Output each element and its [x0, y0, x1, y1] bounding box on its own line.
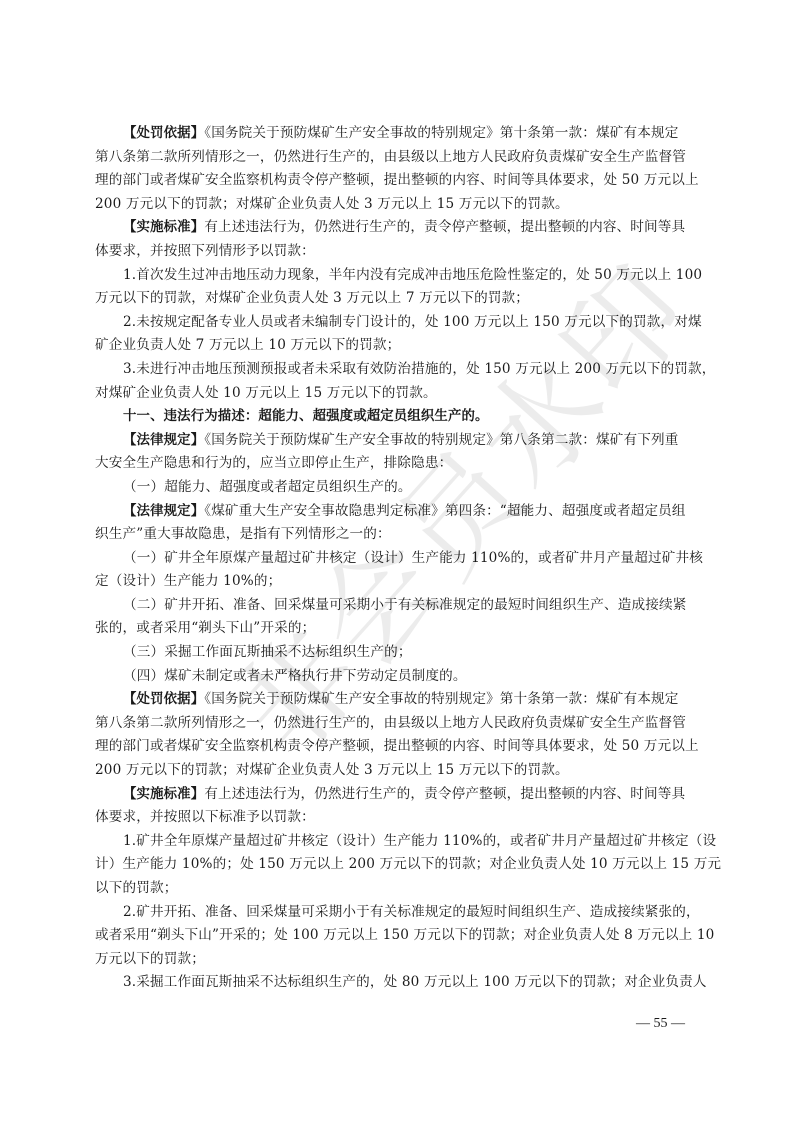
- line-text: 万元以下的罚款，对煤矿企业负责人处 3 万元以上 7 万元以下的罚款；: [95, 290, 529, 306]
- text-line: 体要求，并按照下列情形予以罚款：: [95, 240, 699, 264]
- text-line: 【实施标准】有上述违法行为，仍然进行生产的，责令停产整顿，提出整顿的内容、时间等…: [95, 216, 699, 240]
- text-line: 织生产”重大事故隐患，是指有下列情形之一的：: [95, 523, 699, 547]
- text-line: （二）矿井开拓、准备、回采煤量可采期小于有关标准规定的最短时间组织生产、造成接续…: [95, 594, 699, 618]
- bracket-label: 【处罚依据】: [123, 692, 204, 707]
- text-line: 体要求，并按照以下标准予以罚款：: [95, 806, 699, 830]
- line-text: 体要求，并按照以下标准予以罚款：: [95, 809, 315, 825]
- text-line: 定（设计）生产能力 10%的；: [95, 570, 699, 594]
- text-line: 2.矿井开拓、准备、回采煤量可采期小于有关标准规定的最短时间组织生产、造成接续紧…: [95, 901, 699, 925]
- document-page: 非会员水印 【处罚依据】《国务院关于预防煤矿生产安全事故的特别规定》第十条第一款…: [0, 0, 793, 1122]
- line-text: 《国务院关于预防煤矿生产安全事故的特别规定》第八条第二款：煤矿有下列重: [204, 432, 678, 448]
- line-text: 以下的罚款；: [95, 880, 177, 896]
- text-line: 理的部门或者煤矿安全监察机构责令停产整顿，提出整顿的内容、时间等具体要求，处 5…: [95, 735, 699, 759]
- text-line: 3.未进行冲击地压预测预报或者未采取有效防治措施的，处 150 万元以上 200…: [95, 358, 699, 382]
- line-text: （一）超能力、超强度或者超定员组织生产的。: [123, 479, 412, 495]
- line-text: 2.矿井开拓、准备、回采煤量可采期小于有关标准规定的最短时间组织生产、造成接续紧…: [123, 904, 700, 920]
- heading-text: 十一、违法行为描述：超能力、超强度或超定员组织生产的。: [123, 409, 489, 424]
- text-line: 1.首次发生过冲击地压动力现象，半年内没有完成冲击地压危险性鉴定的，处 50 万…: [95, 264, 699, 288]
- text-line: 【处罚依据】《国务院关于预防煤矿生产安全事故的特别规定》第十条第一款：煤矿有本规…: [95, 688, 699, 712]
- line-text: 理的部门或者煤矿安全监察机构责令停产整顿，提出整顿的内容、时间等具体要求，处 5…: [95, 172, 699, 188]
- line-text: 张的，或者采用“剃头下山”开采的；: [95, 620, 315, 636]
- line-text: （一）矿井全年原煤产量超过矿井核定（设计）生产能力 110%的，或者矿井月产量超…: [123, 550, 703, 566]
- line-text: 有上述违法行为，仍然进行生产的，责令停产整顿，提出整顿的内容、时间等具: [204, 786, 685, 802]
- line-text: 《国务院关于预防煤矿生产安全事故的特别规定》第十条第一款：煤矿有本规定: [204, 691, 678, 707]
- line-text: 《国务院关于预防煤矿生产安全事故的特别规定》第十条第一款：煤矿有本规定: [204, 125, 678, 141]
- line-text: （三）采掘工作面瓦斯抽采不达标组织生产的；: [123, 644, 412, 660]
- text-line: 【处罚依据】《国务院关于预防煤矿生产安全事故的特别规定》第十条第一款：煤矿有本规…: [95, 122, 699, 146]
- text-line: 200 万元以下的罚款；对煤矿企业负责人处 3 万元以上 15 万元以下的罚款。: [95, 759, 699, 783]
- text-line: 万元以下的罚款，对煤矿企业负责人处 3 万元以上 7 万元以下的罚款；: [95, 287, 699, 311]
- text-line: 第八条第二款所列情形之一，仍然进行生产的，由县级以上地方人民政府负责煤矿安全生产…: [95, 712, 699, 736]
- text-line: 对煤矿企业负责人处 10 万元以上 15 万元以下的罚款。: [95, 382, 699, 406]
- line-text: 或者采用“剃头下山”开采的；处 100 万元以上 150 万元以下的罚款；对企业…: [95, 927, 714, 943]
- text-line: 200 万元以下的罚款；对煤矿企业负责人处 3 万元以上 15 万元以下的罚款。: [95, 193, 699, 217]
- text-line: 或者采用“剃头下山”开采的；处 100 万元以上 150 万元以下的罚款；对企业…: [95, 924, 699, 948]
- line-text: 计）生产能力 10%的；处 150 万元以上 200 万元以下的罚款；对企业负责…: [95, 856, 721, 872]
- line-text: 《煤矿重大生产安全事故隐患判定标准》第四条：“超能力、超强度或者超定员组: [204, 503, 685, 519]
- line-text: 织生产”重大事故隐患，是指有下列情形之一的：: [95, 526, 391, 542]
- line-text: 理的部门或者煤矿安全监察机构责令停产整顿，提出整顿的内容、时间等具体要求，处 5…: [95, 738, 699, 754]
- bracket-label: 【法律规定】: [123, 504, 204, 519]
- text-line: （三）采掘工作面瓦斯抽采不达标组织生产的；: [95, 641, 699, 665]
- line-text: 对煤矿企业负责人处 10 万元以上 15 万元以下的罚款。: [95, 385, 437, 401]
- page-number: — 55 —: [636, 1014, 685, 1034]
- bracket-label: 【处罚依据】: [123, 126, 204, 141]
- line-text: 第八条第二款所列情形之一，仍然进行生产的，由县级以上地方人民政府负责煤矿安全生产…: [95, 149, 686, 165]
- text-line: 3.采掘工作面瓦斯抽采不达标组织生产的，处 80 万元以上 100 万元以下的罚…: [95, 971, 699, 995]
- text-line: （一）矿井全年原煤产量超过矿井核定（设计）生产能力 110%的，或者矿井月产量超…: [95, 547, 699, 571]
- line-text: 1.首次发生过冲击地压动力现象，半年内没有完成冲击地压危险性鉴定的，处 50 万…: [123, 267, 702, 283]
- line-text: （二）矿井开拓、准备、回采煤量可采期小于有关标准规定的最短时间组织生产、造成接续…: [123, 597, 687, 613]
- text-line: （一）超能力、超强度或者超定员组织生产的。: [95, 476, 699, 500]
- bracket-label: 【实施标准】: [123, 220, 204, 235]
- line-text: 2.未按规定配备专业人员或者未编制专门设计的，处 100 万元以上 150 万元…: [123, 314, 702, 330]
- line-text: 200 万元以下的罚款；对煤矿企业负责人处 3 万元以上 15 万元以下的罚款。: [95, 196, 569, 212]
- line-text: 第八条第二款所列情形之一，仍然进行生产的，由县级以上地方人民政府负责煤矿安全生产…: [95, 715, 686, 731]
- line-text: （四）煤矿未制定或者未严格执行井下劳动定员制度的。: [123, 668, 467, 684]
- text-line: 2.未按规定配备专业人员或者未编制专门设计的，处 100 万元以上 150 万元…: [95, 311, 699, 335]
- line-text: 1.矿井全年原煤产量超过矿井核定（设计）生产能力 110%的，或者矿井月产量超过…: [123, 833, 716, 849]
- text-line: 大安全生产隐患和行为的，应当立即停止生产，排除隐患：: [95, 452, 699, 476]
- text-line: （四）煤矿未制定或者未严格执行井下劳动定员制度的。: [95, 665, 699, 689]
- text-line: 矿企业负责人处 7 万元以上 10 万元以下的罚款；: [95, 334, 699, 358]
- text-line: 计）生产能力 10%的；处 150 万元以上 200 万元以下的罚款；对企业负责…: [95, 853, 699, 877]
- line-text: 有上述违法行为，仍然进行生产的，责令停产整顿，提出整顿的内容、时间等具: [204, 219, 685, 235]
- bracket-label: 【法律规定】: [123, 433, 204, 448]
- text-line: 第八条第二款所列情形之一，仍然进行生产的，由县级以上地方人民政府负责煤矿安全生产…: [95, 146, 699, 170]
- text-line: 【法律规定】《国务院关于预防煤矿生产安全事故的特别规定》第八条第二款：煤矿有下列…: [95, 429, 699, 453]
- line-text: 矿企业负责人处 7 万元以上 10 万元以下的罚款；: [95, 337, 400, 353]
- text-line: 理的部门或者煤矿安全监察机构责令停产整顿，提出整顿的内容、时间等具体要求，处 5…: [95, 169, 699, 193]
- text-line: 万元以下的罚款；: [95, 948, 699, 972]
- text-line: 1.矿井全年原煤产量超过矿井核定（设计）生产能力 110%的，或者矿井月产量超过…: [95, 830, 699, 854]
- line-text: 定（设计）生产能力 10%的；: [95, 573, 281, 589]
- text-line: 以下的罚款；: [95, 877, 699, 901]
- text-line: 【实施标准】有上述违法行为，仍然进行生产的，责令停产整顿，提出整顿的内容、时间等…: [95, 783, 699, 807]
- bracket-label: 【实施标准】: [123, 787, 204, 802]
- section-heading: 十一、违法行为描述：超能力、超强度或超定员组织生产的。: [95, 405, 699, 429]
- line-text: 200 万元以下的罚款；对煤矿企业负责人处 3 万元以上 15 万元以下的罚款。: [95, 762, 569, 778]
- line-text: 体要求，并按照下列情形予以罚款：: [95, 243, 315, 259]
- body-text: 【处罚依据】《国务院关于预防煤矿生产安全事故的特别规定》第十条第一款：煤矿有本规…: [95, 122, 699, 995]
- line-text: 大安全生产隐患和行为的，应当立即停止生产，排除隐患：: [95, 455, 452, 471]
- text-line: 【法律规定】《煤矿重大生产安全事故隐患判定标准》第四条：“超能力、超强度或者超定…: [95, 500, 699, 524]
- line-text: 万元以下的罚款；: [95, 951, 205, 967]
- line-text: 3.未进行冲击地压预测预报或者未采取有效防治措施的，处 150 万元以上 200…: [123, 361, 715, 377]
- text-line: 张的，或者采用“剃头下山”开采的；: [95, 617, 699, 641]
- line-text: 3.采掘工作面瓦斯抽采不达标组织生产的，处 80 万元以上 100 万元以下的罚…: [123, 974, 707, 990]
